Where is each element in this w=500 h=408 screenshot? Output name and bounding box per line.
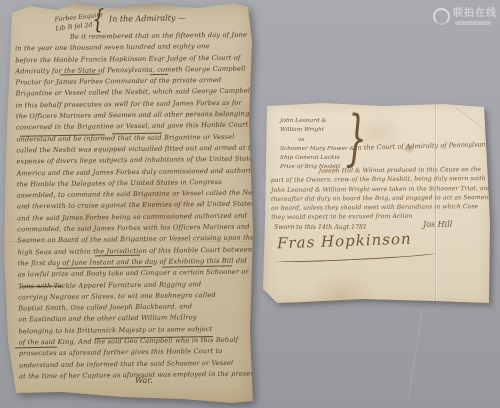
caption-line: vs — [280, 136, 355, 145]
court-heading: In the Court of Admiralty of Pennsylvani… — [355, 140, 491, 152]
court-heading: In the Admiralty — — [109, 13, 186, 23]
fold-crease — [2, 241, 254, 242]
deposition-body-text: Joseph Hill & Wilmot produced in this Ca… — [271, 165, 486, 223]
right-manuscript-wrap: John Leonard &William WrightvsSchooner M… — [263, 102, 491, 306]
judge-signature: Fras Hopkinson — [277, 230, 412, 253]
signature-flourish — [275, 250, 437, 263]
watermark: 联拍在线 — [433, 8, 497, 25]
watermark-text: 联拍在线 — [453, 8, 497, 19]
witness-signature: Jos Hill — [423, 220, 452, 229]
fold-crease — [436, 102, 437, 306]
caption-line: John Leonard & — [280, 117, 355, 126]
manuscript-body-text: Be it remembered that on the fifteenth d… — [15, 30, 251, 383]
ring-icon — [433, 8, 450, 25]
watermark-subtext-bar — [455, 21, 491, 25]
handwritten-line: they would expect to be excused from Act… — [271, 212, 486, 223]
fold-crease — [2, 118, 254, 119]
right-manuscript: John Leonard &William WrightvsSchooner M… — [263, 102, 491, 306]
watermark-text-column: 联拍在线 — [453, 8, 497, 25]
case-caption: John Leonard &William WrightvsSchooner M… — [280, 117, 355, 173]
brace-glyph: } — [346, 112, 367, 164]
fold-crease — [455, 106, 491, 142]
caption-line: Schooner Mary Flower & — [280, 145, 355, 154]
surface-scratch — [408, 308, 423, 397]
left-manuscript: Forbes Esquire Lib B fol 2d { In the Adm… — [2, 1, 254, 405]
caption-line: Ship General Luckie — [280, 154, 355, 163]
caption-line: William Wright — [280, 126, 355, 135]
photo-background: Forbes Esquire Lib B fol 2d { In the Adm… — [0, 0, 500, 408]
closing-word: War. — [135, 376, 153, 385]
left-manuscript-wrap: Forbes Esquire Lib B fol 2d { In the Adm… — [2, 1, 254, 405]
attestation-line: Sworn to this 14th Augt 1781 — [274, 224, 367, 231]
